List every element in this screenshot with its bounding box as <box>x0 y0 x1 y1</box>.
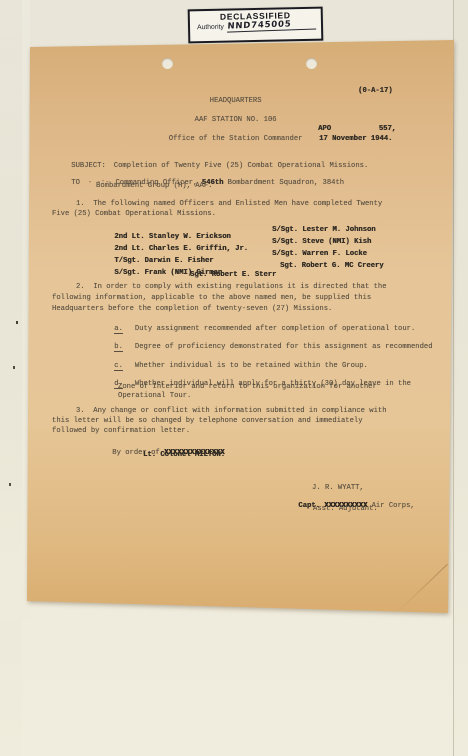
roster-right-2: S/Sgt. Steve (NMI) Kish <box>272 239 371 246</box>
item-a-text: Duty assignment recommended after comple… <box>135 325 415 333</box>
item-d-line-3: Operational Tour. <box>118 393 191 400</box>
roster-right-1: S/Sgt. Lester M. Johnson <box>272 227 376 234</box>
document-page-wrap: HEADQUARTERS AAF STATION NO. 106 Office … <box>0 0 468 756</box>
roster-center: Sgt. Robert E. Sterr <box>190 272 276 279</box>
paragraph-3-line-3: followed by confirmation letter. <box>52 428 190 435</box>
paragraph-1-line-2: Five (25) Combat Operational Missions. <box>52 211 216 218</box>
paragraph-1-line-1: 1. The following named Officers and Enli… <box>76 201 382 208</box>
letterhead-line-2: AAF STATION NO. 106 <box>195 116 277 124</box>
to-addressee-rest: Bombardment Squadron, 384th <box>223 179 344 187</box>
date-line: 17 November 1944. <box>319 136 392 143</box>
to-label: TO <box>71 179 80 187</box>
signer-name: J. R. WYATT, <box>312 485 364 492</box>
office-code: (0-A-17) <box>358 88 393 95</box>
signer-title: Asst. Adjutant. <box>313 506 378 513</box>
paragraph-3-line-1: 3. Any change or conflict with informati… <box>76 408 387 415</box>
item-c-text: Whether individual is to be retained wit… <box>135 362 368 370</box>
to-line-2: Bombardment Group (H), AAF. <box>96 183 212 190</box>
punch-hole-right <box>306 58 317 69</box>
by-order-commander: Lt. Colonel MILTON: <box>143 452 225 459</box>
document-page: HEADQUARTERS AAF STATION NO. 106 Office … <box>0 0 468 756</box>
letterhead: HEADQUARTERS AAF STATION NO. 106 Office … <box>147 87 307 154</box>
page-crease <box>398 564 448 612</box>
apo-number: 557, <box>379 126 396 133</box>
item-b-text: Degree of proficiency demonstrated for t… <box>135 343 433 351</box>
punch-hole-left <box>162 58 173 69</box>
letterhead-line-1: HEADQUARTERS <box>210 97 262 105</box>
subject-label: SUBJECT: <box>71 162 106 170</box>
paragraph-2-line-2: following information, applicable to the… <box>52 295 371 302</box>
item-c-letter: c. <box>114 363 123 371</box>
apo-line: APO 557, <box>318 126 396 133</box>
apo-label: APO <box>318 126 331 133</box>
item-b-letter: b. <box>114 344 123 352</box>
letterhead-line-3: Office of the Station Commander <box>169 135 303 143</box>
item-a-letter: a. <box>114 326 123 334</box>
item-d-line-2: Zone of Interior and return to this orga… <box>118 384 377 391</box>
subject-text: Completion of Twenty Five (25) Combat Op… <box>114 162 368 170</box>
roster-right-4: Sgt. Robert G. MC Creery <box>280 263 384 270</box>
roster-right-3: S/Sgt. Warren F. Locke <box>272 251 367 258</box>
paragraph-2-line-3: Headquarters before the completion of tw… <box>52 306 332 313</box>
paragraph-3-line-2: this letter will be so changed by teleph… <box>52 418 363 425</box>
paragraph-2-line-1: 2. In order to comply with existing regu… <box>76 284 387 291</box>
